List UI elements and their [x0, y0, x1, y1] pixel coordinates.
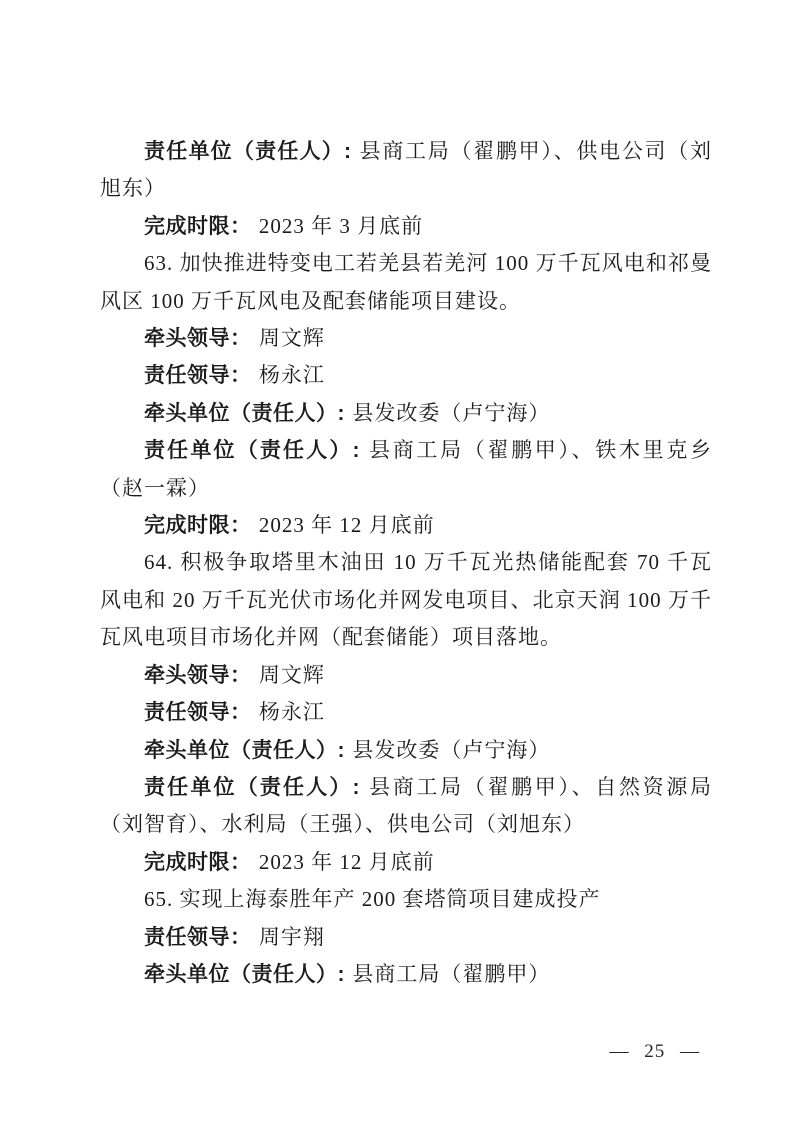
field-label: 牵头单位（责任人）:	[144, 739, 345, 762]
field-label: 完成时限：	[144, 514, 252, 537]
document-body: 责任单位（责任人）:县商工局（翟鹏甲）、供电公司（刘旭东） 完成时限：2023 …	[100, 133, 712, 993]
paragraph: 牵头单位（责任人）:县发改委（卢宁海）	[100, 395, 712, 432]
paragraph: 责任领导：杨永江	[100, 357, 712, 394]
paragraph: 牵头单位（责任人）:县商工局（翟鹏甲）	[100, 956, 712, 993]
paragraph: 完成时限：2023 年 12 月底前	[100, 844, 712, 881]
paragraph: 责任单位（责任人）:县商工局（翟鹏甲）、自然资源局（刘智育）、水利局（王强）、供…	[100, 769, 712, 844]
field-text: 杨永江	[259, 363, 325, 387]
field-text: 2023 年 12 月底前	[259, 513, 435, 537]
field-text: 周文辉	[259, 663, 325, 687]
field-label: 责任领导：	[144, 926, 252, 949]
paragraph: 完成时限：2023 年 12 月底前	[100, 507, 712, 544]
field-text: 63. 加快推进特变电工若羌县若羌河 100 万千瓦风电和祁曼风区 100 万千…	[100, 251, 712, 312]
field-text: 2023 年 12 月底前	[259, 850, 435, 874]
field-text: 周宇翔	[259, 925, 325, 949]
field-label: 牵头单位（责任人）:	[144, 963, 345, 986]
paragraph: 牵头领导：周文辉	[100, 320, 712, 357]
paragraph: 完成时限：2023 年 3 月底前	[100, 208, 712, 245]
paragraph: 责任领导：周宇翔	[100, 919, 712, 956]
page-number: — 25 —	[610, 1038, 701, 1066]
paragraph: 牵头领导：周文辉	[100, 657, 712, 694]
paragraph: 64. 积极争取塔里木油田 10 万千瓦光热储能配套 70 千瓦风电和 20 万…	[100, 544, 712, 656]
field-text: 2023 年 3 月底前	[259, 214, 423, 238]
field-label: 责任领导：	[144, 364, 252, 387]
field-text: 周文辉	[259, 326, 325, 350]
paragraph: 责任单位（责任人）:县商工局（翟鹏甲）、供电公司（刘旭东）	[100, 133, 712, 208]
field-text: 县发改委（卢宁海）	[352, 401, 550, 425]
field-label: 责任单位（责任人）:	[144, 140, 352, 163]
field-text: 65. 实现上海泰胜年产 200 套塔筒项目建成投产	[144, 887, 601, 911]
paragraph: 牵头单位（责任人）:县发改委（卢宁海）	[100, 732, 712, 769]
field-label: 牵头领导：	[144, 327, 252, 350]
field-label: 牵头单位（责任人）:	[144, 402, 345, 425]
document-page: 责任单位（责任人）:县商工局（翟鹏甲）、供电公司（刘旭东） 完成时限：2023 …	[0, 0, 793, 1122]
paragraph: 63. 加快推进特变电工若羌县若羌河 100 万千瓦风电和祁曼风区 100 万千…	[100, 245, 712, 320]
field-label: 完成时限：	[144, 215, 252, 238]
paragraph: 责任单位（责任人）:县商工局（翟鹏甲）、铁木里克乡（赵一霖）	[100, 432, 712, 507]
field-label: 责任单位（责任人）:	[144, 776, 360, 799]
field-label: 牵头领导：	[144, 664, 252, 687]
paragraph: 65. 实现上海泰胜年产 200 套塔筒项目建成投产	[100, 881, 712, 918]
field-label: 责任领导：	[144, 701, 252, 724]
field-text: 64. 积极争取塔里木油田 10 万千瓦光热储能配套 70 千瓦风电和 20 万…	[100, 550, 712, 649]
field-text: 县商工局（翟鹏甲）	[352, 962, 550, 986]
field-label: 责任单位（责任人）:	[144, 439, 360, 462]
field-text: 县发改委（卢宁海）	[352, 738, 550, 762]
paragraph: 责任领导：杨永江	[100, 694, 712, 731]
field-text: 杨永江	[259, 700, 325, 724]
field-label: 完成时限：	[144, 851, 252, 874]
